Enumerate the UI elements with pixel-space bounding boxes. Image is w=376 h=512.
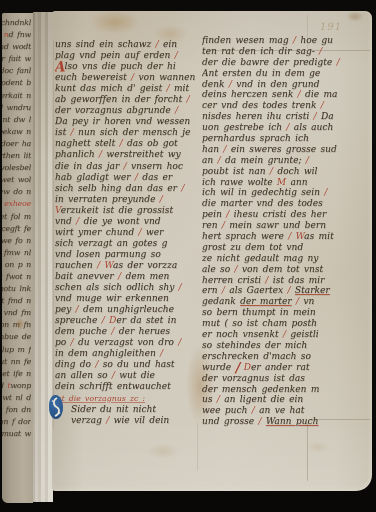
- text-line: cer vnd des todes trenk /: [202, 101, 351, 112]
- text-line: n doer ha: [2, 139, 31, 151]
- text-line: e fmw nl: [2, 248, 31, 260]
- text-line: finden wesen mag / hoe gu: [202, 36, 351, 47]
- red-virgule: /: [131, 73, 134, 83]
- text-line: vnd / die ye wont vnd: [55, 217, 202, 228]
- text-line: der vorzagnus abgrunde /: [55, 106, 202, 117]
- text-line: gedank der marter / vn: [202, 297, 351, 308]
- red-virgule: /: [124, 162, 127, 172]
- text-line: r doc fanl: [2, 66, 31, 78]
- red-virgule: /: [167, 84, 170, 94]
- red-virgule: /: [160, 195, 163, 205]
- text-line: Sider du nit nicht: [71, 405, 202, 416]
- initial-ornament: [49, 395, 63, 419]
- red-virgule: /: [223, 145, 226, 155]
- red-virgule: /: [178, 338, 181, 348]
- red-underlined-text: Wann puch: [266, 417, 319, 427]
- red-virgule: /: [296, 297, 299, 307]
- text-line: uns sind ein schawz / ein: [55, 40, 202, 51]
- manuscript-photo: nchndnklnd fnwRnd wodtn der fait wr doc …: [0, 0, 376, 512]
- red-ink: W: [296, 232, 305, 242]
- red-virgule: /: [139, 228, 142, 238]
- red-virgule: /: [187, 95, 190, 105]
- rubric-line: ist die vorzagnus zc :: [55, 394, 202, 405]
- text-line: vnd muge wir erkennen: [55, 294, 202, 305]
- red-virgule: /: [324, 188, 327, 198]
- stain: [15, 318, 25, 330]
- previous-page-text-fragments: nchndnklnd fnwRnd wodtn der fait wr doc …: [2, 18, 31, 441]
- red-ink: W: [105, 261, 114, 271]
- text-line: dein schrifft entwauchet: [55, 382, 202, 393]
- text-line: wirt ymer chund / wer: [55, 228, 202, 239]
- red-virgule: /: [319, 47, 322, 57]
- text-line: wee puch / an ve hat: [202, 406, 351, 417]
- stain: [346, 11, 364, 22]
- red-virgule: /: [181, 184, 184, 194]
- red-virgule: /: [288, 232, 291, 242]
- text-line: an / da mein grunte; /: [202, 156, 351, 167]
- red-virgule: /: [226, 210, 229, 220]
- text-line: der vorzagnus ist das: [202, 374, 351, 385]
- red-ink: n: [4, 30, 9, 39]
- text-line: Verzukeit ist die grossist: [55, 206, 202, 217]
- text-line: sich verzagt an gotes g: [55, 239, 202, 250]
- manuscript-page: 191 uns sind ein schawz / einplag vnd pe…: [52, 11, 372, 491]
- red-virgule: /: [306, 156, 309, 166]
- red-virgule: /: [218, 156, 221, 166]
- text-line: nd wndru: [2, 103, 31, 115]
- text-line: der die bawre der predigte /: [202, 58, 351, 69]
- text-line: phanlich / werstreithet wy: [55, 150, 202, 161]
- text-line: Rnd wodt: [2, 42, 31, 54]
- text-line: welup m f: [2, 345, 31, 357]
- left-text-column: uns sind ein schawz / einplag vnd pein a…: [55, 40, 202, 430]
- text-line: grost zu dem tot vnd: [202, 243, 351, 254]
- red-underlined-text: der marter: [240, 297, 292, 307]
- text-line: n nodent b: [2, 78, 31, 90]
- red-ink: t: [7, 381, 10, 390]
- text-line: hab gladigt wer / das er: [55, 173, 202, 184]
- text-line: Also vns die puch der hi: [55, 62, 202, 73]
- text-line: in dem anghigleithen /: [55, 349, 202, 360]
- red-virgule: /: [175, 51, 178, 61]
- red-virgule: /: [286, 123, 289, 133]
- text-line: in verraten preyunde /: [55, 195, 202, 206]
- text-line: der mensch gedenken m: [202, 385, 351, 396]
- text-line: t exheoe: [2, 199, 31, 211]
- right-text-column: finden wesen mag / hoe guten rat den ich…: [202, 36, 351, 431]
- text-line: ich wil in gedechtig sein /: [202, 188, 351, 199]
- red-underlined-text: Starker: [295, 286, 330, 296]
- stain: [90, 10, 140, 34]
- text-line: er noch vnsenkt / geistli: [202, 330, 351, 341]
- previous-page-edge: nchndnklnd fnwRnd wodtn der fait wr doc …: [2, 13, 33, 503]
- red-virgule: /: [270, 167, 273, 177]
- red-virgule: /: [222, 221, 225, 231]
- text-line: nd twonp: [2, 381, 31, 393]
- text-line: h volesbel: [2, 163, 31, 175]
- text-line: die in das jar / vnsern hoc: [55, 162, 202, 173]
- red-virgule: /: [321, 101, 324, 111]
- text-line: e hew do n: [2, 187, 31, 199]
- text-line: ten rat den ich dir sag- /: [202, 47, 351, 58]
- text-line: bet ife n: [2, 369, 31, 381]
- text-line: herren cristi / ist das mir: [202, 276, 351, 287]
- red-virgule: /: [135, 173, 138, 183]
- text-line: poubt ist nan / doch wil: [202, 167, 351, 178]
- red-virgule: /: [71, 338, 74, 348]
- red-virgule: /: [71, 128, 74, 138]
- text-line: po / du verzagst von dro /: [55, 338, 202, 349]
- folio-number: 191: [320, 22, 342, 33]
- text-line: an allen so / wut die: [55, 371, 202, 382]
- text-line: rauchen / Was der vorzza: [55, 261, 202, 272]
- text-line: mut ( so ist cham posth: [202, 319, 351, 330]
- text-line: so bern thumpt in mein: [202, 308, 351, 319]
- red-virgule: /: [102, 316, 105, 326]
- red-virgule: /: [175, 106, 178, 116]
- text-line: so stehindes der mich: [202, 341, 351, 352]
- red-virgule: /: [293, 36, 296, 46]
- red-virgule: /: [160, 349, 163, 359]
- red-virgule: /: [111, 327, 114, 337]
- text-line: chwe fo n: [2, 236, 31, 248]
- text-line: pey / dem unghigrleuche: [55, 305, 202, 316]
- text-line: ze nicht gedault mag ny: [202, 254, 351, 265]
- text-line: sich selb hing dan das er /: [55, 184, 202, 195]
- red-virgule: /: [106, 416, 109, 426]
- text-line: bait anevver / dem men: [55, 272, 202, 283]
- text-line: plag vnd pein auf erden /: [55, 51, 202, 62]
- red-virgule: /: [118, 272, 121, 282]
- text-line: wut fon dn: [2, 405, 31, 417]
- text-line: en cegft fe: [2, 224, 31, 236]
- red-virgule: /: [112, 371, 115, 381]
- text-line: deins herczen senk / die ma: [202, 90, 351, 101]
- text-line: in terkait n: [2, 91, 31, 103]
- red-virgule: /: [337, 58, 340, 68]
- red-virgule: /: [156, 40, 159, 50]
- red-virgule: /: [287, 286, 290, 296]
- text-line: nisdes heren ihu cristi / Da: [202, 112, 351, 123]
- text-line: e gotu lnk: [2, 284, 31, 296]
- red-virgule: /: [258, 417, 261, 427]
- text-line: vnd losen parmung so: [55, 250, 202, 261]
- text-line: kunt das mich d' geist / mit: [55, 84, 202, 95]
- red-virgule: /: [76, 217, 79, 227]
- red-virgule: /: [97, 261, 100, 271]
- text-line: ern / als Gaertex / Starker: [202, 286, 351, 297]
- text-line: n fut nn fe: [2, 357, 31, 369]
- text-line: hat on p n: [2, 260, 31, 272]
- text-line: druwet wol: [2, 175, 31, 187]
- red-virgule: /: [120, 139, 123, 149]
- text-line: Ant ersten du in dem ge: [202, 69, 351, 80]
- text-line: ding do / so du und hast: [55, 360, 202, 371]
- text-line: ist / nun sich der mensch je: [55, 128, 202, 139]
- text-line: nd fnw: [2, 30, 31, 42]
- text-line: merthen lit: [2, 151, 31, 163]
- stain: [146, 443, 180, 459]
- text-line: ab geworffen in der forcht /: [55, 95, 202, 106]
- red-virgule: /: [298, 90, 301, 100]
- text-line: tbet fol m: [2, 212, 31, 224]
- illuminated-initial-blue: [49, 395, 63, 419]
- text-line: cawt nl d: [2, 393, 31, 405]
- text-line: ich rawe wolte M ann: [202, 178, 351, 189]
- text-line: euch bewereist / von wannen: [55, 73, 202, 84]
- red-virgule: /: [222, 286, 225, 296]
- red-virgule: /: [76, 305, 79, 315]
- text-line: spreuche / Der da stet in: [55, 316, 202, 327]
- text-line: ermbue de: [2, 332, 31, 344]
- text-line: Da pey ir horen vnd wessen: [55, 117, 202, 128]
- red-virgule: /: [217, 395, 220, 405]
- text-line: und grosse / Wann puch: [202, 417, 351, 428]
- stain: [307, 441, 329, 453]
- text-line: denk / vnd in den grund: [202, 80, 351, 91]
- red-ink: D: [244, 363, 251, 373]
- red-virgule: /: [283, 330, 286, 340]
- text-line: pernhardus sprach ich: [202, 134, 351, 145]
- text-line: ren / mein sawr und bern: [202, 221, 351, 232]
- ruling-line-vertical-right: [307, 423, 308, 481]
- red-virgule: /: [265, 276, 268, 286]
- red-virgule: /: [179, 283, 182, 293]
- text-line: muat w: [2, 429, 31, 441]
- text-line: nt fmd n: [2, 296, 31, 308]
- text-line: die marter vnd des todes: [202, 199, 351, 210]
- text-line: us / an ligent die ein: [202, 395, 351, 406]
- red-virgule: /: [99, 150, 102, 160]
- ruling-line-vertical-mid: [197, 423, 198, 471]
- red-virgule: /: [252, 406, 255, 416]
- red-virgule: /: [314, 112, 317, 122]
- red-ink: M: [277, 178, 286, 188]
- red-ink: V: [55, 206, 61, 216]
- text-line: schen als sich odlich shy /: [55, 283, 202, 294]
- text-line: nchndnkl: [2, 18, 31, 30]
- red-ink: exheoe: [4, 199, 31, 208]
- text-line: hert sprach were / Was mit: [202, 232, 351, 243]
- red-virgule: /: [95, 360, 98, 370]
- red-virgule: /: [229, 80, 232, 90]
- text-line: n der fait w: [2, 54, 31, 66]
- text-line: nn f dor: [2, 417, 31, 429]
- text-line: ut fwot n: [2, 272, 31, 284]
- text-line: naghett stelt / das ob got: [55, 139, 202, 150]
- text-line: erschrecken d'mach so: [202, 352, 351, 363]
- text-line: verzag / wie vil dein: [71, 416, 202, 427]
- text-line: pein / ihesu cristi des her: [202, 210, 351, 221]
- text-line: han / ein sweres grosse sud: [202, 145, 351, 156]
- text-line: wurde / Der ander rat: [202, 363, 351, 374]
- red-virgule: /: [234, 265, 237, 275]
- text-line: pekaw n: [2, 127, 31, 139]
- text-line: uon gestrebe ich / als auch: [202, 123, 351, 134]
- page-edges-gutter: [33, 12, 53, 502]
- text-line: ale so / von dem tot vnst: [202, 265, 351, 276]
- ruling-line-vertical-left: [53, 39, 54, 429]
- text-line: nant dw l: [2, 115, 31, 127]
- text-line: dem puche / der herues: [55, 327, 202, 338]
- red-ink: D: [109, 316, 116, 326]
